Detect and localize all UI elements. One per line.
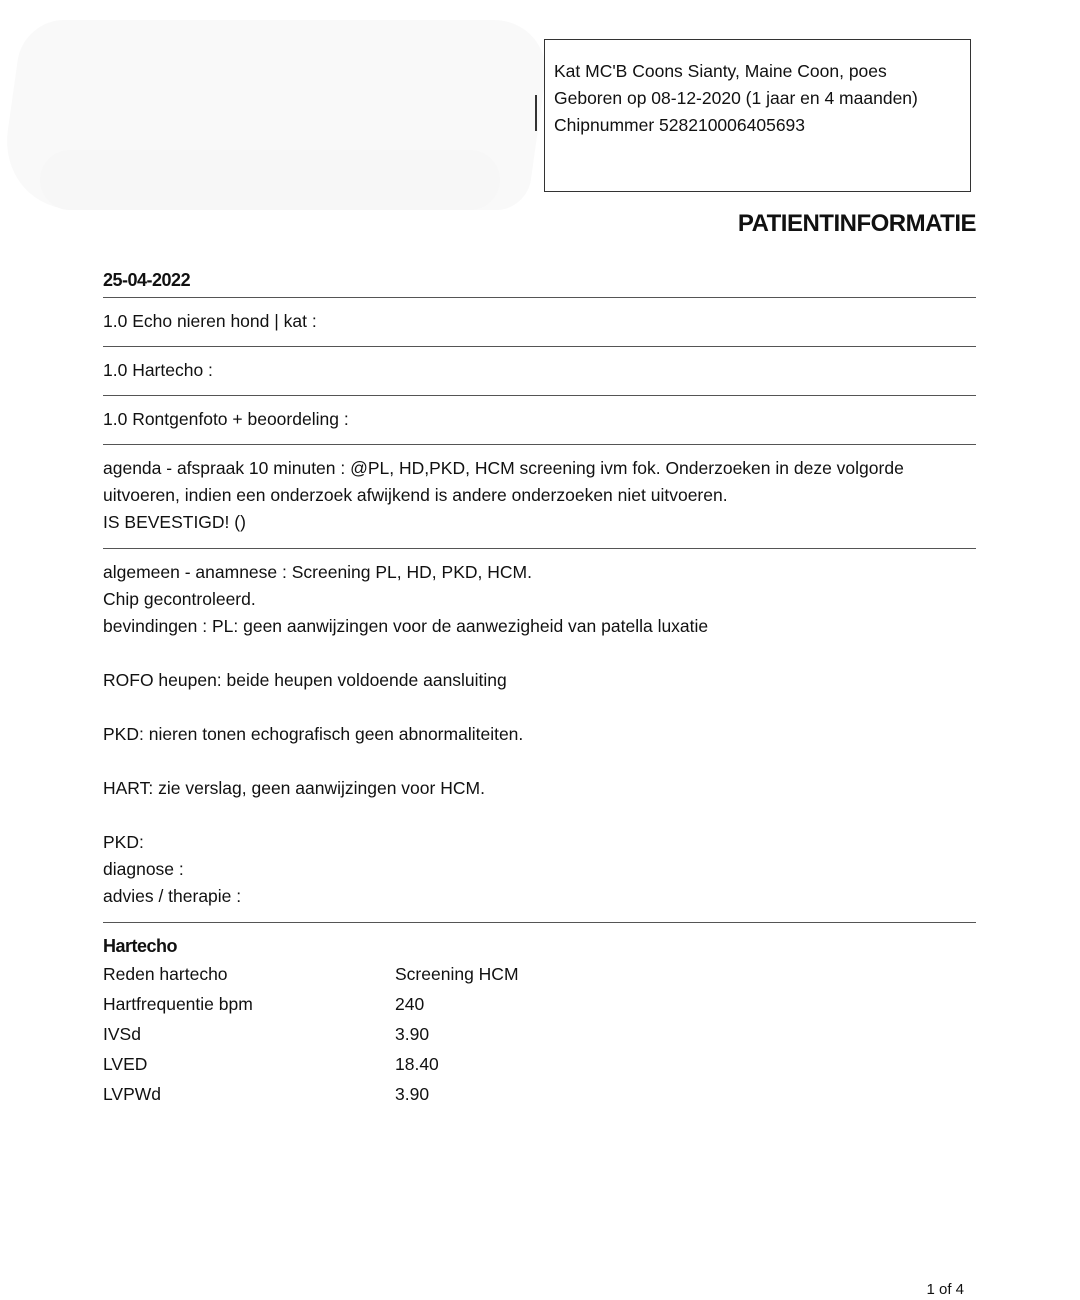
section-agenda: agenda - afspraak 10 minuten : @PL, HD,P… xyxy=(103,445,976,548)
agenda-line: agenda - afspraak 10 minuten : @PL, HD,P… xyxy=(103,455,976,482)
hartecho-table: Reden hartechoScreening HCMHartfrequenti… xyxy=(103,959,519,1109)
echo-nieren-label: 1.0 Echo nieren hond | kat : xyxy=(103,309,976,333)
section-hartecho: 1.0 Hartecho : xyxy=(103,347,976,395)
agenda-confirmed: IS BEVESTIGD! () xyxy=(103,509,976,536)
section-algemeen: algemeen - anamnese : Screening PL, HD, … xyxy=(103,549,976,922)
document-body: 25-04-2022 1.0 Echo nieren hond | kat : … xyxy=(103,268,976,1109)
patient-name-line: Kat MC'B Coons Sianty, Maine Coon, poes xyxy=(554,58,961,85)
pkd-finding-text: PKD: nieren tonen echografisch geen abno… xyxy=(103,721,976,748)
measurement-value: 3.90 xyxy=(395,1079,519,1109)
rofo-text: ROFO heupen: beide heupen voldoende aans… xyxy=(103,667,976,694)
measurement-label: LVED xyxy=(103,1049,395,1079)
table-row: Reden hartechoScreening HCM xyxy=(103,959,519,989)
patient-birth-line: Geboren op 08-12-2020 (1 jaar en 4 maand… xyxy=(554,85,961,112)
diagnosis-label: diagnose : xyxy=(103,856,976,883)
hartecho-label: 1.0 Hartecho : xyxy=(103,358,976,382)
section-echo-nieren: 1.0 Echo nieren hond | kat : xyxy=(103,298,976,346)
heart-finding-text: HART: zie verslag, geen aanwijzingen voo… xyxy=(103,775,976,802)
measurement-label: Reden hartecho xyxy=(103,959,395,989)
redaction-overlay xyxy=(40,150,500,210)
pkd-label: PKD: xyxy=(103,829,976,856)
measurement-value: 18.40 xyxy=(395,1049,519,1079)
patient-chip-line: Chipnummer 528210006405693 xyxy=(554,112,961,139)
advice-label: advies / therapie : xyxy=(103,883,976,910)
agenda-line: uitvoeren, indien een onderzoek afwijken… xyxy=(103,482,976,509)
measurement-label: IVSd xyxy=(103,1019,395,1049)
rontgen-label: 1.0 Rontgenfoto + beoordeling : xyxy=(103,407,976,431)
measurement-label: Hartfrequentie bpm xyxy=(103,989,395,1019)
page-title: PATIENTINFORMATIE xyxy=(738,210,976,238)
visit-date: 25-04-2022 xyxy=(103,268,976,297)
section-rontgen: 1.0 Rontgenfoto + beoordeling : xyxy=(103,396,976,444)
measurement-value: Screening HCM xyxy=(395,959,519,989)
measurement-value: 240 xyxy=(395,989,519,1019)
table-row: IVSd3.90 xyxy=(103,1019,519,1049)
page-indicator: 1 of 4 xyxy=(926,1281,964,1298)
findings-text: bevindingen : PL: geen aanwijzingen voor… xyxy=(103,613,976,640)
measurement-label: LVPWd xyxy=(103,1079,395,1109)
table-row: LVPWd3.90 xyxy=(103,1079,519,1109)
table-row: Hartfrequentie bpm240 xyxy=(103,989,519,1019)
measurement-value: 3.90 xyxy=(395,1019,519,1049)
patient-info-box: Kat MC'B Coons Sianty, Maine Coon, poes … xyxy=(544,39,971,192)
margin-mark xyxy=(535,95,537,131)
hartecho-heading: Hartecho xyxy=(103,935,976,957)
table-row: LVED18.40 xyxy=(103,1049,519,1079)
divider xyxy=(103,922,976,923)
anamnese-text: algemeen - anamnese : Screening PL, HD, … xyxy=(103,559,976,586)
chip-check-text: Chip gecontroleerd. xyxy=(103,586,976,613)
